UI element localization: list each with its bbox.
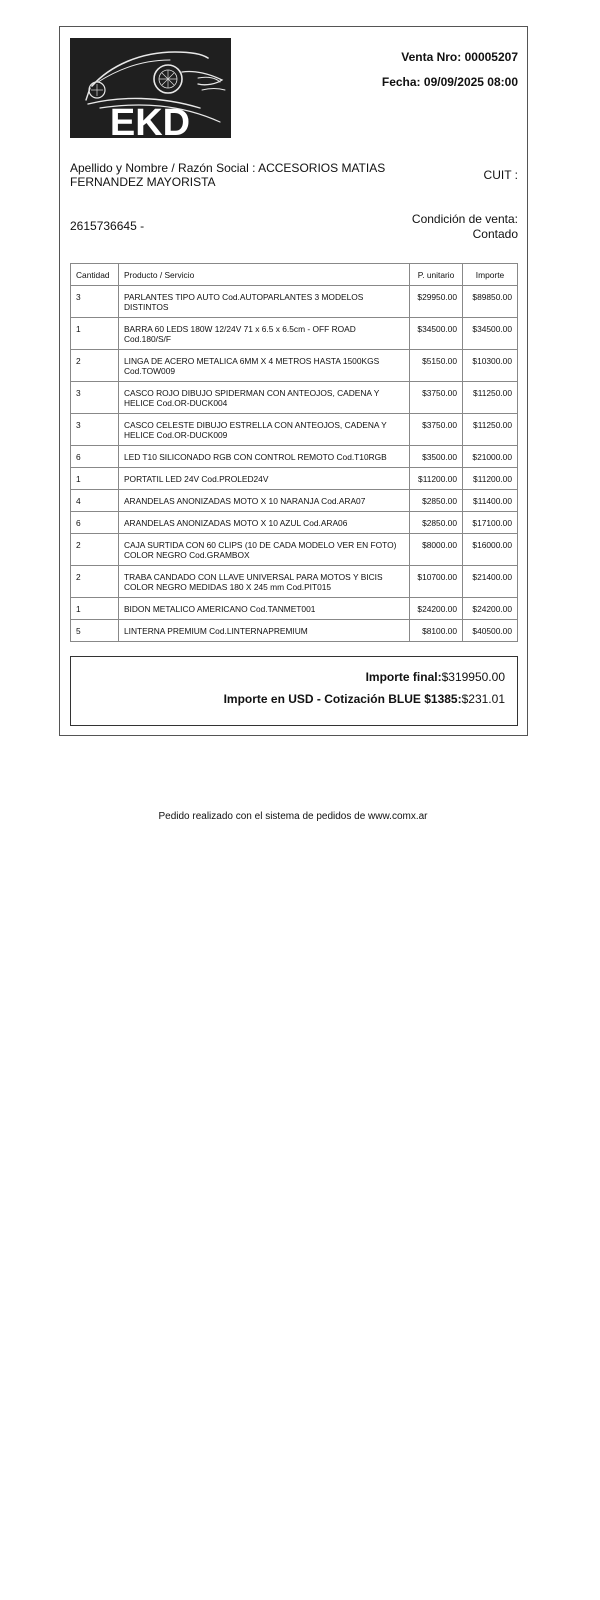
cell-quantity: 3 [71,382,119,414]
cell-amount: $11250.00 [463,414,518,446]
table-row: 1BARRA 60 LEDS 180W 12/24V 71 x 6.5 x 6.… [71,318,518,350]
totals-box: Importe final:$319950.00 Importe en USD … [70,656,518,726]
table-row: 3CASCO ROJO DIBUJO SPIDERMAN CON ANTEOJO… [71,382,518,414]
cell-product: ARANDELAS ANONIZADAS MOTO X 10 AZUL Cod.… [118,512,409,534]
table-row: 2TRABA CANDADO CON LLAVE UNIVERSAL PARA … [71,566,518,598]
cell-product: TRABA CANDADO CON LLAVE UNIVERSAL PARA M… [118,566,409,598]
sale-date-label: Fecha: [382,75,421,89]
cell-amount: $21400.00 [463,566,518,598]
cell-product: CASCO CELESTE DIBUJO ESTRELLA CON ANTEOJ… [118,414,409,446]
cell-unit-price: $3750.00 [410,382,463,414]
footer-note: Pedido realizado con el sistema de pedid… [0,811,586,822]
cell-product: BIDON METALICO AMERICANO Cod.TANMET001 [118,598,409,620]
cell-quantity: 3 [71,414,119,446]
cell-product: CAJA SURTIDA CON 60 CLIPS (10 DE CADA MO… [118,534,409,566]
cell-amount: $34500.00 [463,318,518,350]
cell-product: PORTATIL LED 24V Cod.PROLED24V [118,468,409,490]
cell-quantity: 4 [71,490,119,512]
cell-quantity: 2 [71,534,119,566]
cell-unit-price: $8000.00 [410,534,463,566]
cell-quantity: 6 [71,512,119,534]
cell-amount: $16000.00 [463,534,518,566]
cell-product: PARLANTES TIPO AUTO Cod.AUTOPARLANTES 3 … [118,286,409,318]
client-cuit: CUIT : [484,168,518,182]
cell-quantity: 5 [71,620,119,642]
cell-amount: $89850.00 [463,286,518,318]
cell-unit-price: $29950.00 [410,286,463,318]
cell-amount: $24200.00 [463,598,518,620]
car-logo-icon: EKD [70,38,231,138]
header-product: Producto / Servicio [118,264,409,286]
cell-unit-price: $3750.00 [410,414,463,446]
table-row: 6ARANDELAS ANONIZADAS MOTO X 10 AZUL Cod… [71,512,518,534]
cell-product: LED T10 SILICONADO RGB CON CONTROL REMOT… [118,446,409,468]
sale-number-label: Venta Nro: [401,50,461,64]
cell-amount: $21000.00 [463,446,518,468]
table-row: 6LED T10 SILICONADO RGB CON CONTROL REMO… [71,446,518,468]
usd-total: Importe en USD - Cotización BLUE $1385:$… [224,692,505,706]
table-row: 4ARANDELAS ANONIZADAS MOTO X 10 NARANJA … [71,490,518,512]
sale-condition-value: Contado [412,227,518,242]
cell-amount: $11200.00 [463,468,518,490]
usd-total-label: Importe en USD - Cotización BLUE $1385: [224,692,462,706]
cell-quantity: 1 [71,468,119,490]
header-amount: Importe [463,264,518,286]
cell-unit-price: $2850.00 [410,512,463,534]
table-row: 5LINTERNA PREMIUM Cod.LINTERNAPREMIUM$81… [71,620,518,642]
cell-unit-price: $2850.00 [410,490,463,512]
cell-amount: $10300.00 [463,350,518,382]
header-quantity: Cantidad [71,264,119,286]
cell-quantity: 1 [71,318,119,350]
cell-amount: $17100.00 [463,512,518,534]
cuit-label: CUIT : [484,168,518,182]
cell-quantity: 1 [71,598,119,620]
sale-number: Venta Nro: 00005207 [401,50,518,64]
final-total-label: Importe final: [366,670,442,684]
cell-product: BARRA 60 LEDS 180W 12/24V 71 x 6.5 x 6.5… [118,318,409,350]
sale-condition-label: Condición de venta: [412,212,518,227]
cell-amount: $40500.00 [463,620,518,642]
items-table: Cantidad Producto / Servicio P. unitario… [70,263,518,642]
sale-condition: Condición de venta: Contado [412,212,518,242]
cell-unit-price: $24200.00 [410,598,463,620]
cell-quantity: 6 [71,446,119,468]
cell-unit-price: $34500.00 [410,318,463,350]
final-total-value: $319950.00 [442,670,505,684]
cell-unit-price: $8100.00 [410,620,463,642]
sale-date-value: 09/09/2025 08:00 [424,75,518,89]
cell-unit-price: $10700.00 [410,566,463,598]
cell-quantity: 2 [71,566,119,598]
cell-product: LINGA DE ACERO METALICA 6MM X 4 METROS H… [118,350,409,382]
client-name: Apellido y Nombre / Razón Social : ACCES… [70,161,400,189]
table-row: 2LINGA DE ACERO METALICA 6MM X 4 METROS … [71,350,518,382]
final-total: Importe final:$319950.00 [366,670,505,684]
table-row: 2CAJA SURTIDA CON 60 CLIPS (10 DE CADA M… [71,534,518,566]
cell-unit-price: $5150.00 [410,350,463,382]
client-phone: 2615736645 - [70,219,144,233]
usd-total-value: $231.01 [462,692,505,706]
svg-text:EKD: EKD [110,102,190,138]
cell-quantity: 2 [71,350,119,382]
table-row: 1PORTATIL LED 24V Cod.PROLED24V$11200.00… [71,468,518,490]
table-header-row: Cantidad Producto / Servicio P. unitario… [71,264,518,286]
cell-product: ARANDELAS ANONIZADAS MOTO X 10 NARANJA C… [118,490,409,512]
table-row: 3CASCO CELESTE DIBUJO ESTRELLA CON ANTEO… [71,414,518,446]
cell-unit-price: $11200.00 [410,468,463,490]
cell-unit-price: $3500.00 [410,446,463,468]
cell-product: CASCO ROJO DIBUJO SPIDERMAN CON ANTEOJOS… [118,382,409,414]
table-row: 1BIDON METALICO AMERICANO Cod.TANMET001$… [71,598,518,620]
cell-quantity: 3 [71,286,119,318]
company-logo: EKD [70,38,231,138]
client-name-label: Apellido y Nombre / Razón Social : [70,161,255,175]
sale-number-value: 00005207 [465,50,518,64]
cell-amount: $11400.00 [463,490,518,512]
header-unit-price: P. unitario [410,264,463,286]
cell-product: LINTERNA PREMIUM Cod.LINTERNAPREMIUM [118,620,409,642]
cell-amount: $11250.00 [463,382,518,414]
table-row: 3PARLANTES TIPO AUTO Cod.AUTOPARLANTES 3… [71,286,518,318]
sale-date: Fecha: 09/09/2025 08:00 [382,75,518,89]
